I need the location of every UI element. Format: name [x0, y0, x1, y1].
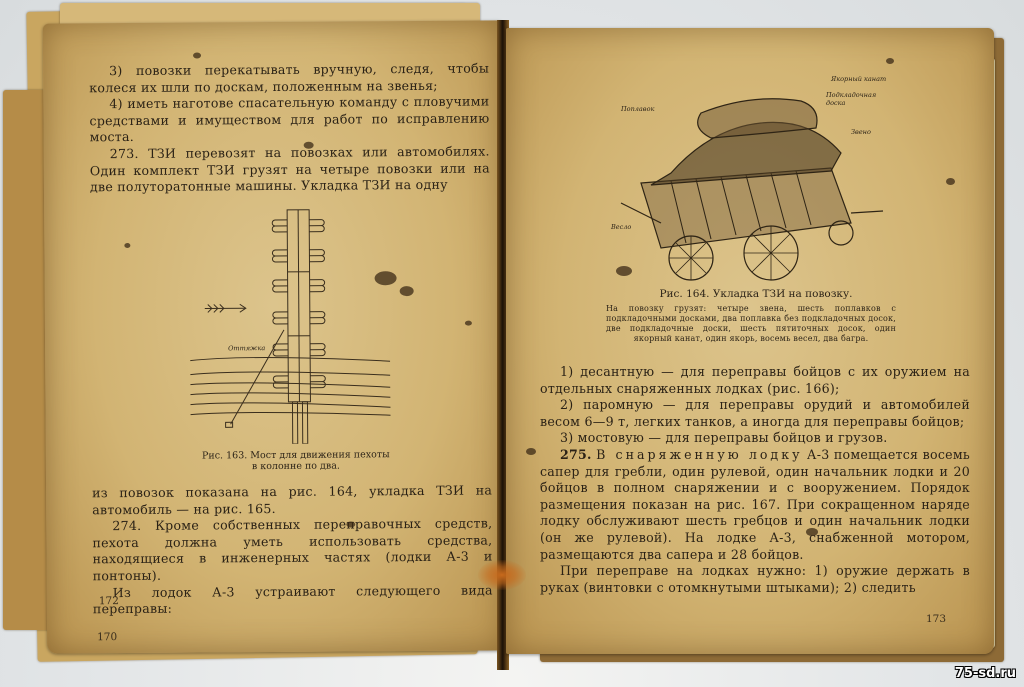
paragraph: 273. ТЗИ перевозят на повозках или автом… [90, 143, 490, 196]
open-book: 3) повозки перекатывать вручную, следя, … [0, 0, 1024, 687]
figure-label-podkladochnaya-doska: Подкладочная доска [826, 91, 886, 107]
paragraph: 4) иметь наготове спасательную команду с… [89, 94, 489, 147]
paragraph: 274. Кроме собственных переправочных сре… [92, 516, 492, 585]
left-bottom-text: из повозок показана на рис. 164, укладка… [92, 482, 493, 618]
mold-spot [616, 266, 632, 276]
rust-stain [478, 560, 526, 590]
mold-spot [304, 142, 314, 149]
figure-label-veslo: Весло [611, 223, 631, 231]
right-text: 1) десантную — для переправы бойцов с их… [540, 364, 970, 596]
figure-number: Рис. 163. [202, 450, 247, 461]
paragraph: 3) мостовую — для переправы бойцов и гру… [540, 430, 970, 447]
figure-caption-line2: в колонне по два. [176, 460, 416, 473]
figure-163-caption: Рис. 163. Мост для движения пехоты в кол… [176, 449, 416, 473]
paragraph: из повозок показана на рис. 164, укладка… [92, 482, 492, 518]
left-top-text: 3) повозки перекатывать вручную, следя, … [89, 60, 490, 196]
paragraph-275: 275. В снаряженную лодку А-3 помещается … [540, 447, 970, 563]
bridge-diagram [189, 203, 391, 444]
figure-164-title: Рис. 164. Укладка ТЗИ на повозку. [596, 289, 916, 300]
mold-spot [946, 178, 955, 185]
right-page: Якорный канат Поплавок Подкладочная доск… [506, 28, 994, 654]
mold-spot [346, 521, 355, 527]
figure-label-poplavok: Поплавок [621, 105, 671, 113]
paragraph: Из лодок А-3 устраивают следующего вида … [93, 582, 493, 618]
paragraph: При переправе на лодках нужно: 1) оружие… [540, 563, 970, 596]
mold-spot [375, 271, 397, 285]
paragraph-body: А-3 помещается восемь сапер для гребли, … [540, 447, 970, 562]
mold-spot [193, 53, 201, 59]
paragraph: 1) десантную — для переправы бойцов с их… [540, 364, 970, 397]
mold-spot [806, 528, 818, 536]
mold-spot [465, 321, 472, 326]
figure-title: Укладка ТЗИ на повозку. [713, 288, 853, 300]
figure-164-description: На повозку грузят: четыре звена, шесть п… [606, 304, 896, 344]
mold-spot [886, 58, 894, 64]
left-page: 3) повозки перекатывать вручную, следя, … [43, 20, 505, 653]
watermark: 75-sd.ru [955, 666, 1016, 681]
figure-caption-line1: Мост для движения пехоты [250, 449, 389, 461]
paragraph-number: 275. [560, 447, 592, 462]
cart-illustration-figure-164: Якорный канат Поплавок Подкладочная доск… [601, 73, 891, 283]
paragraph-lead: В снаряженную лодку [596, 447, 802, 462]
mold-spot [526, 448, 536, 455]
page-number-left: 172 [99, 595, 119, 607]
figure-label-ottyazhka: Оттяжка [228, 344, 265, 352]
page-number-right: 173 [926, 613, 946, 625]
figure-label-yakorny-kanat: Якорный канат [831, 75, 886, 83]
bridge-diagram-figure-163: Оттяжка [189, 203, 391, 444]
paragraph: 3) повозки перекатывать вручную, следя, … [89, 60, 489, 96]
page-number-under: 170 [97, 631, 117, 643]
mold-spot [124, 243, 130, 248]
figure-number: Рис. 164. [659, 288, 709, 300]
figure-label-zveno: Звено [851, 128, 871, 136]
paragraph: 2) паромную — для переправы орудий и авт… [540, 397, 970, 430]
mold-spot [400, 286, 414, 296]
